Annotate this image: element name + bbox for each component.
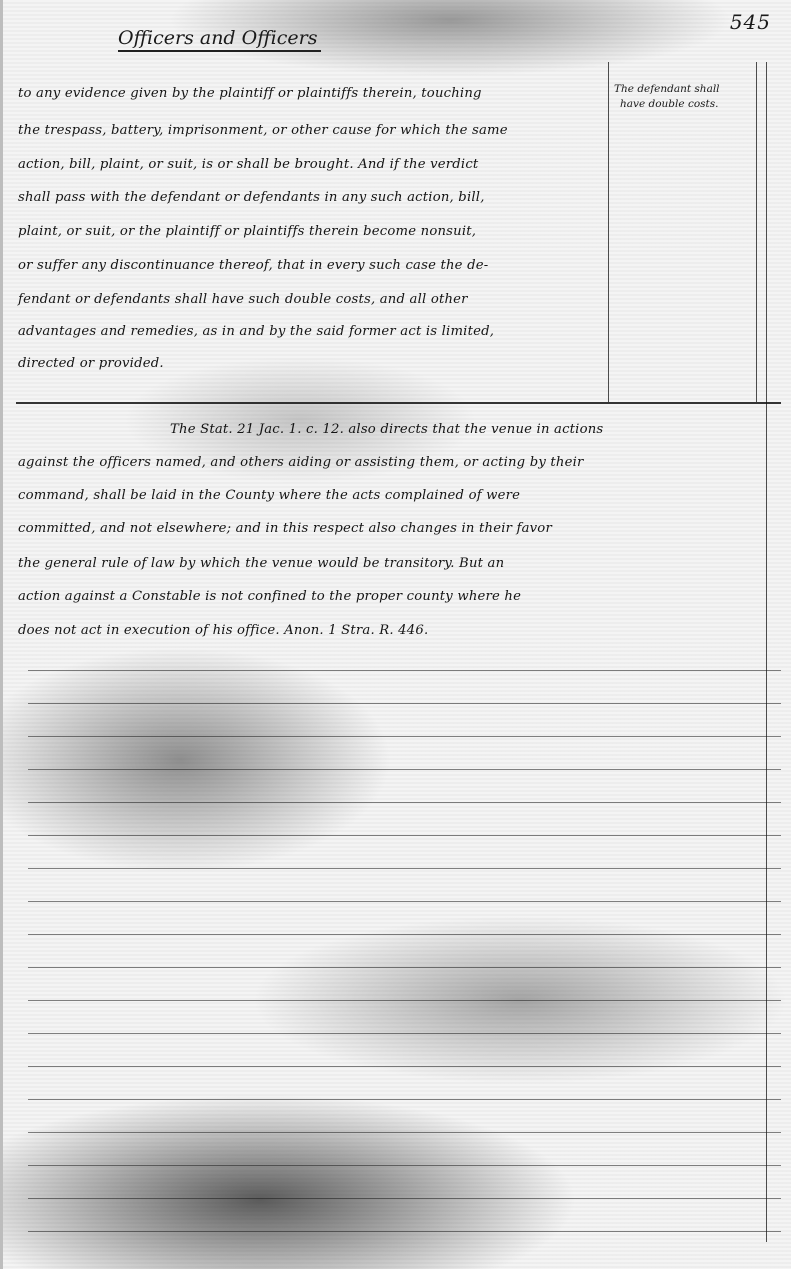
ruled-line: [28, 736, 781, 737]
ruled-line: [28, 1033, 781, 1034]
text-line: does not act in execution of his office.…: [18, 623, 428, 638]
text-line: action against a Constable is not confin…: [18, 589, 521, 604]
margin-note-line: The defendant shall: [614, 82, 754, 97]
text-line: committed, and not elsewhere; and in thi…: [18, 521, 552, 536]
ruled-line: [28, 769, 781, 770]
ruled-line: [28, 901, 781, 902]
text-line: action, bill, plaint, or suit, is or sha…: [18, 157, 478, 172]
page-number: 545: [730, 10, 771, 34]
ruled-line: [28, 703, 781, 704]
text-line: the trespass, battery, imprisonment, or …: [18, 123, 508, 138]
text-line: shall pass with the defendant or defenda…: [18, 190, 485, 205]
text-line: advantages and remedies, as in and by th…: [18, 324, 494, 339]
text-line: The Stat. 21 Jac. 1. c. 12. also directs…: [170, 422, 603, 437]
text-line: or suffer any discontinuance thereof, th…: [18, 258, 488, 273]
ruled-line: [28, 1198, 781, 1199]
ruled-line: [28, 1066, 781, 1067]
page-edge: [0, 0, 3, 1269]
text-line: against the officers named, and others a…: [18, 455, 584, 470]
margin-column-right-line: [756, 62, 757, 402]
text-line: the general rule of law by which the ven…: [18, 556, 504, 571]
margin-note-line: have double costs.: [614, 97, 754, 112]
ruled-line: [28, 1132, 781, 1133]
ruled-line: [28, 1231, 781, 1232]
page-heading: Officers and Officers: [118, 27, 321, 52]
text-line: command, shall be laid in the County whe…: [18, 488, 520, 503]
ruled-line: [28, 670, 781, 671]
ruled-line: [28, 802, 781, 803]
document-page: 545 Officers and Officers The defendant …: [0, 0, 791, 1269]
right-border-line: [766, 62, 767, 1242]
margin-note: The defendant shall have double costs.: [614, 82, 754, 112]
ruled-line: [28, 1165, 781, 1166]
ruled-line: [28, 835, 781, 836]
ruled-line: [28, 934, 781, 935]
margin-column-left-line: [608, 62, 609, 402]
ruled-line: [28, 1000, 781, 1001]
ruled-line: [28, 967, 781, 968]
text-line: plaint, or suit, or the plaintiff or pla…: [18, 224, 476, 239]
text-line: to any evidence given by the plaintiff o…: [18, 86, 482, 101]
text-line: fendant or defendants shall have such do…: [18, 292, 468, 307]
ruled-line: [28, 868, 781, 869]
ruled-line: [28, 1099, 781, 1100]
text-line: directed or provided.: [18, 356, 164, 371]
section-divider: [16, 402, 781, 404]
